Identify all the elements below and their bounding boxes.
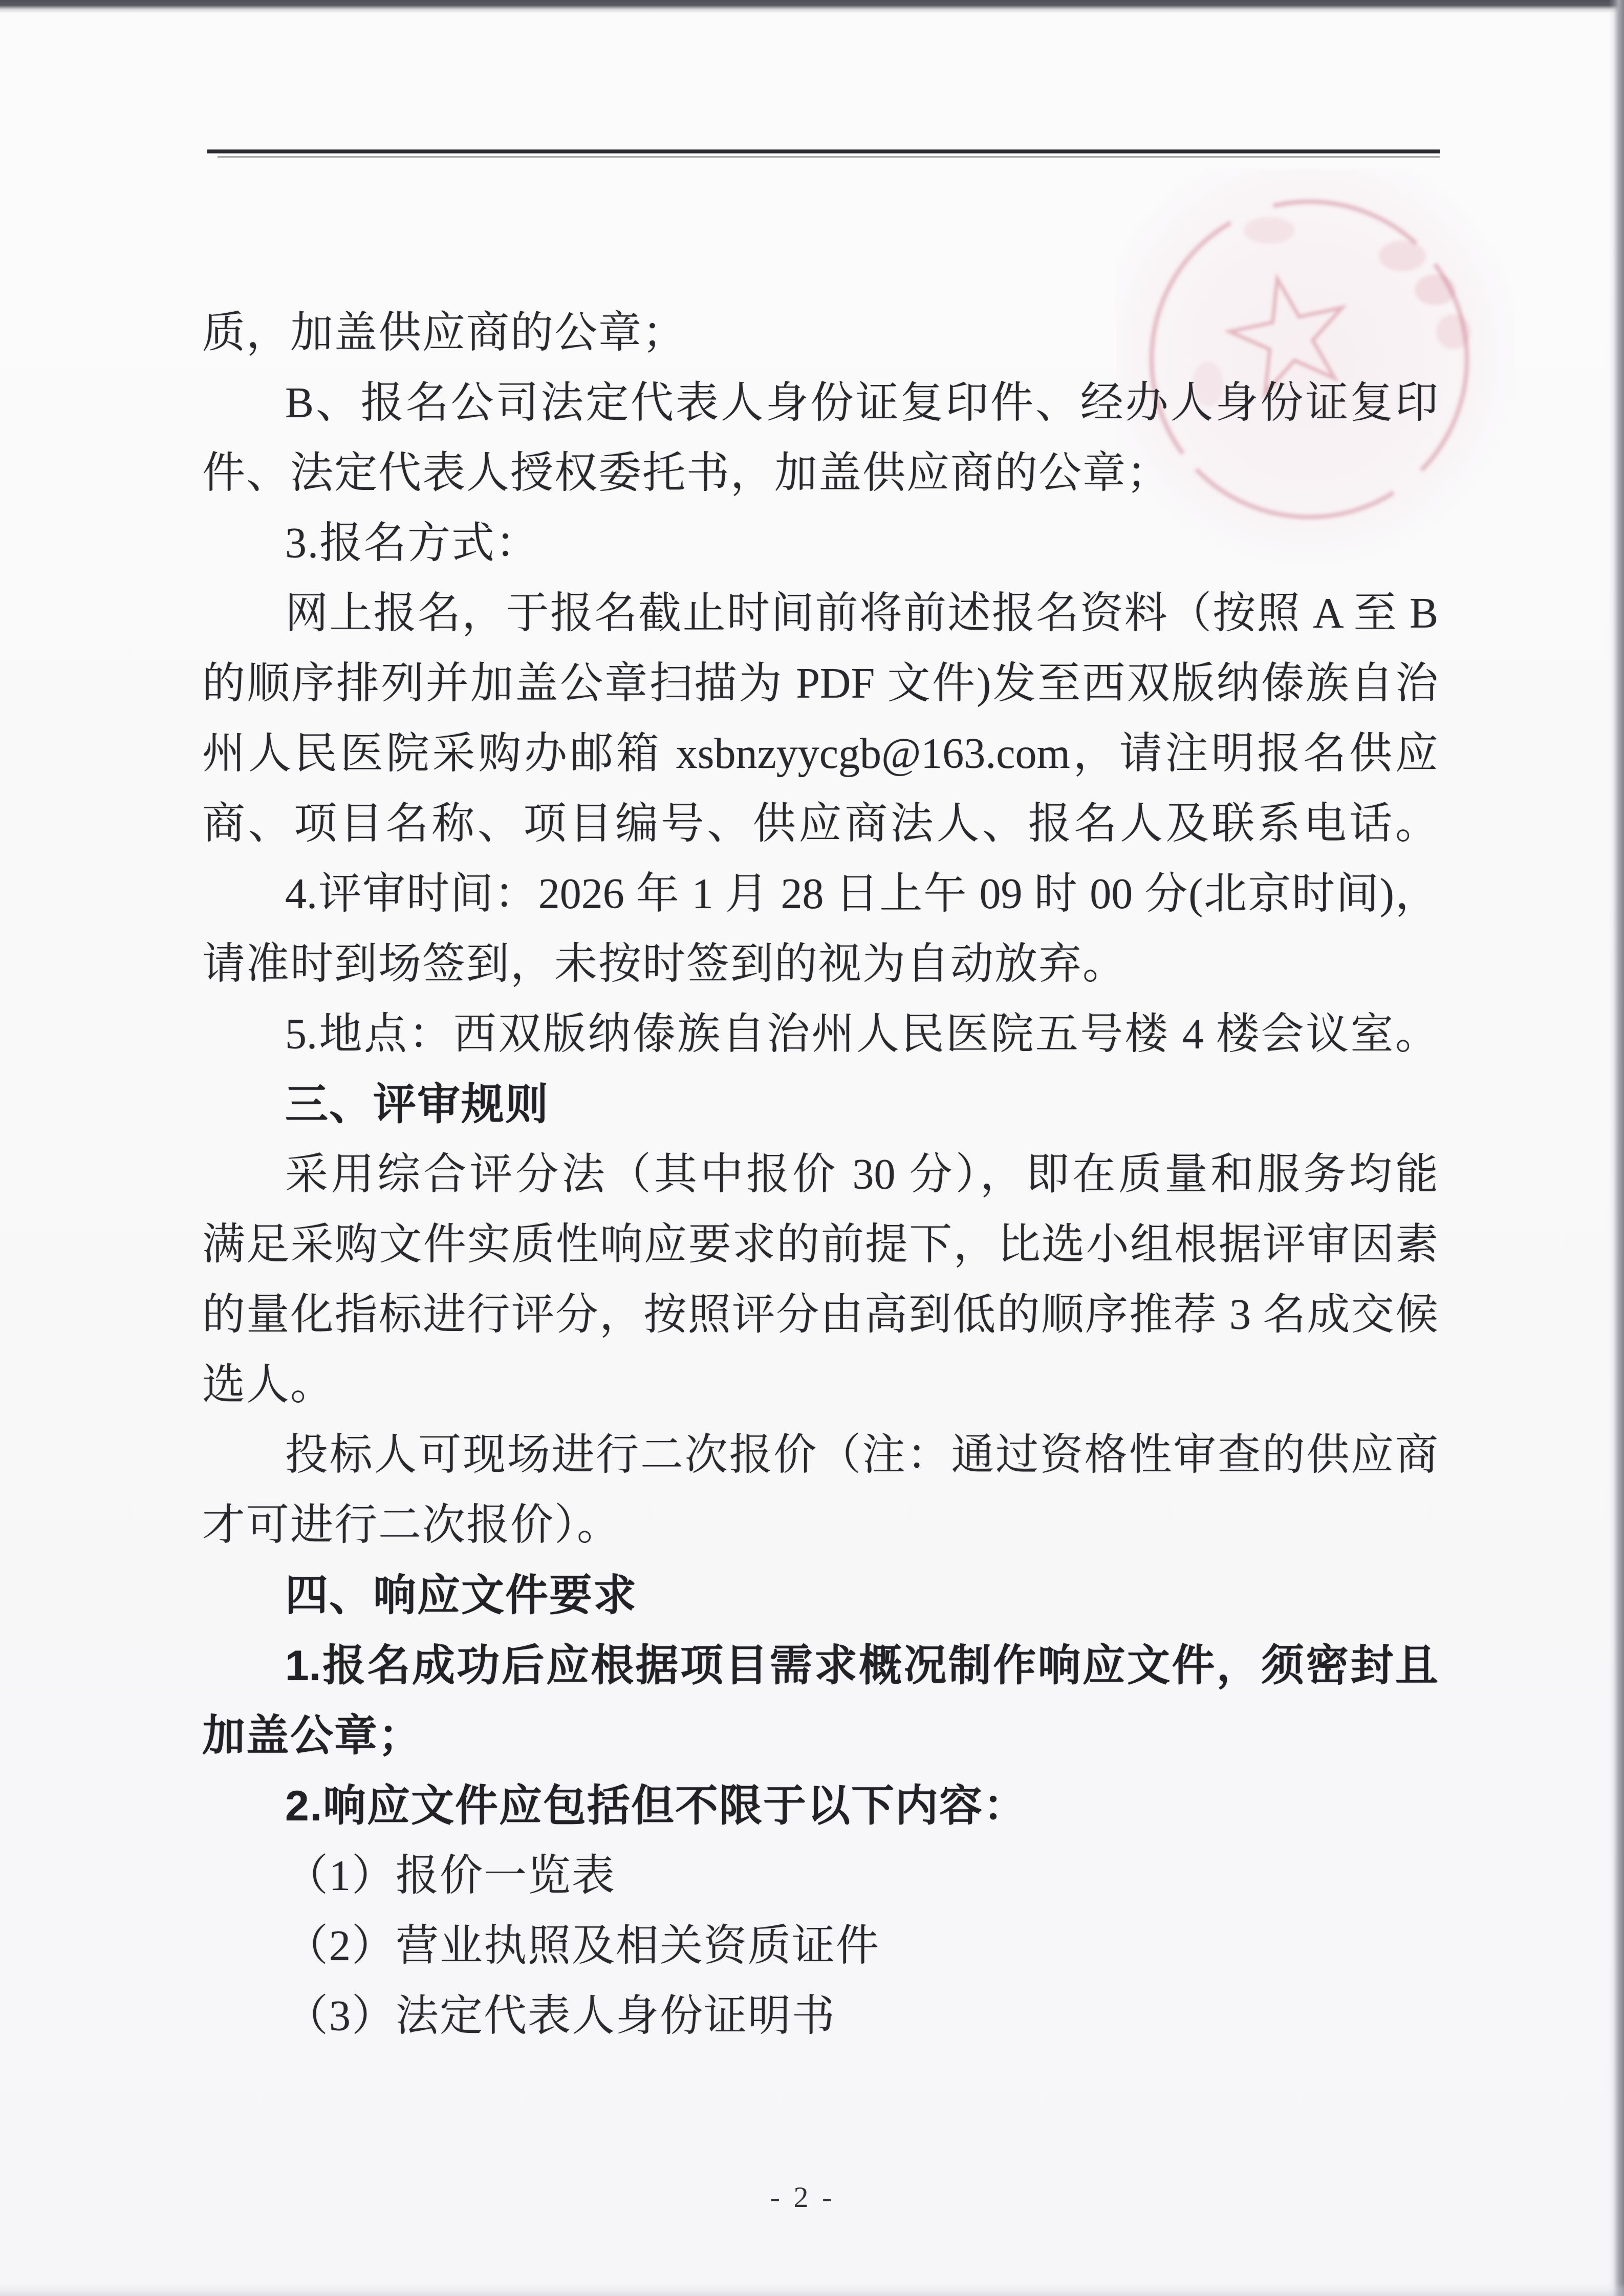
text-line: 请准时到场签到，未按时签到的视为自动放弃。 [202,929,1438,999]
text-line: 质，加盖供应商的公章； [202,298,1438,368]
text-line: B、报名公司法定代表人身份证复印件、经办人身份证复印 [202,368,1438,438]
text-line: 加盖公章； [202,1701,1438,1771]
list-item: （2）营业执照及相关资质证件 [202,1911,1438,1981]
text-line: 网上报名，于报名截止时间前将前述报名资料（按照 A 至 B [202,578,1438,649]
text-line: 商、项目名称、项目编号、供应商法人、报名人及联系电话。 [202,789,1438,859]
page-number: - 2 - [741,2180,864,2214]
list-item: （3）法定代表人身份证明书 [202,1981,1438,2051]
text-line: 2.响应文件应包括但不限于以下内容： [202,1771,1438,1841]
scan-bottom-edge [0,2283,1624,2296]
text-line: 投标人可现场进行二次报价（注：通过资格性审查的供应商 [202,1420,1438,1490]
text-line: 的顺序排列并加盖公章扫描为 PDF 文件)发至西双版纳傣族自治 [202,649,1438,719]
text-line: 5.地点：西双版纳傣族自治州人民医院五号楼 4 楼会议室。 [202,999,1438,1069]
text-line: 州人民医院采购办邮箱 xsbnzyycgb@163.com，请注明报名供应 [202,719,1438,789]
text-line: 3.报名方式： [202,508,1438,578]
section-heading: 三、评审规则 [202,1069,1438,1140]
text-line: 满足采购文件实质性响应要求的前提下，比选小组根据评审因素 [202,1210,1438,1280]
text-line: 选人。 [202,1350,1438,1420]
header-rule-echo [218,156,1440,158]
text-line: 才可进行二次报价）。 [202,1490,1438,1560]
text-line: 的量化指标进行评分，按照评分由高到低的顺序推荐 3 名成交候 [202,1280,1438,1350]
scan-top-edge [0,0,1624,13]
text-line: 4.评审时间：2026 年 1 月 28 日上午 09 时 00 分(北京时间)… [202,859,1438,929]
text-line: 件、法定代表人授权委托书，加盖供应商的公章； [202,438,1438,508]
section-heading: 四、响应文件要求 [202,1560,1438,1630]
document-body: 质，加盖供应商的公章； B、报名公司法定代表人身份证复印件、经办人身份证复印 件… [202,298,1438,2051]
list-item: （1）报价一览表 [202,1841,1438,1911]
scanned-document-page: 质，加盖供应商的公章； B、报名公司法定代表人身份证复印件、经办人身份证复印 件… [0,0,1624,2296]
header-rule [207,149,1440,153]
text-line: 1.报名成功后应根据项目需求概况制作响应文件，须密封且 [202,1630,1438,1701]
text-line: 采用综合评分法（其中报价 30 分），即在质量和服务均能 [202,1140,1438,1210]
scan-right-edge [1609,0,1624,2296]
